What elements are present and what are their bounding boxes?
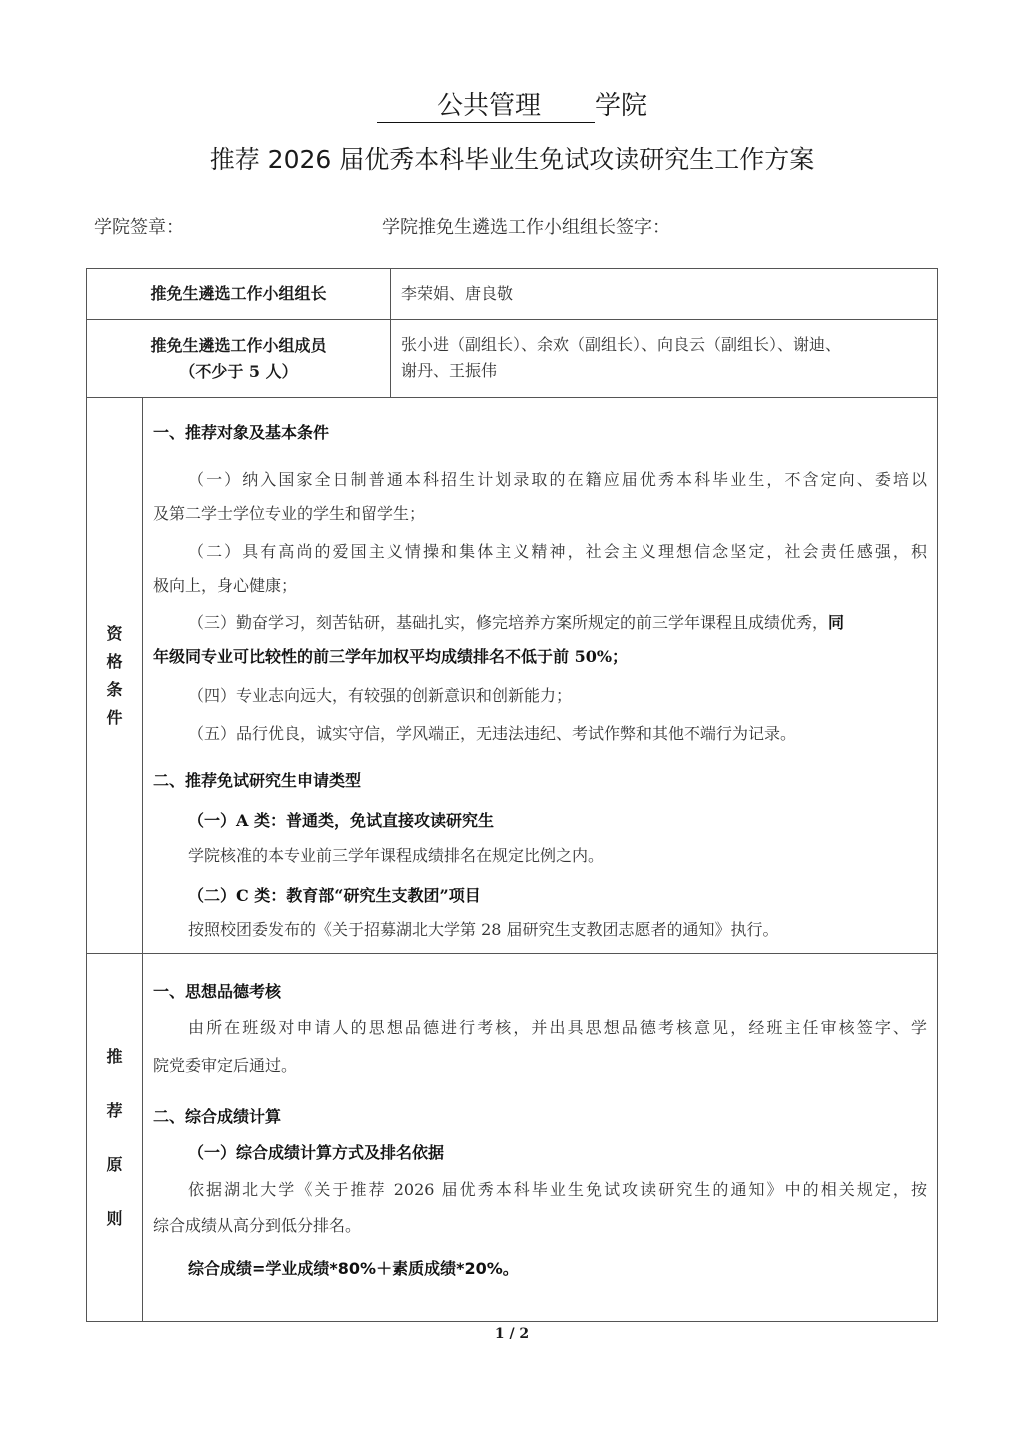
leader-value: 李荣娟、唐良敬 bbox=[391, 269, 937, 319]
members-value: 张小进（副组长）、余欢（副组长）、向良云（副组长）、谢迪、 谢丹、王振伟 bbox=[391, 320, 937, 397]
sub1-line2: 综合成绩从高分到低分排名。 bbox=[153, 1213, 927, 1239]
principles-side-label: 推 荐 原 则 bbox=[87, 954, 143, 1321]
college-suffix: 学院 bbox=[595, 91, 647, 121]
item3-line1: （三）勤奋学习，刻苦钻研，基础扎实，修完培养方案所规定的前三学年课程且成绩优秀，… bbox=[153, 610, 927, 636]
principles-content: 一、思想品德考核 由所在班级对申请人的思想品德进行考核，并出具思想品德考核意见，… bbox=[143, 954, 937, 1321]
college-name: 公共管理 bbox=[377, 90, 595, 123]
type-c-title: （二）C 类：教育部“研究生支教团”项目 bbox=[153, 883, 927, 909]
heading-eligibility: 一、推荐对象及基本条件 bbox=[153, 420, 927, 446]
type-a-title: （一）A 类：普通类，免试直接攻读研究生 bbox=[153, 808, 927, 834]
heading-moral-assessment: 一、思想品德考核 bbox=[153, 979, 927, 1005]
p1-line1: 由所在班级对申请人的思想品德进行考核，并出具思想品德考核意见，经班主任审核签字、… bbox=[153, 1015, 927, 1041]
sub1-line1: 依据湖北大学《关于推荐 2026 届优秀本科毕业生免试攻读研究生的通知》中的相关… bbox=[153, 1177, 927, 1203]
members-label: 推免生遴选工作小组成员 （不少于 5 人） bbox=[87, 320, 391, 397]
qualifications-side-label: 资 格 条 件 bbox=[87, 398, 143, 953]
item2-line2: 极向上，身心健康； bbox=[153, 573, 927, 599]
plan-table: 推免生遴选工作小组组长 李荣娟、唐良敬 推免生遴选工作小组成员 （不少于 5 人… bbox=[86, 268, 938, 1322]
members-row: 推免生遴选工作小组成员 （不少于 5 人） 张小进（副组长）、余欢（副组长）、向… bbox=[87, 320, 937, 398]
leader-label: 推免生遴选工作小组组长 bbox=[87, 269, 391, 319]
page-number: 1 / 2 bbox=[0, 1326, 1024, 1342]
item1-line2: 及第二学士学位专业的学生和留学生； bbox=[153, 501, 927, 527]
document-title: 推荐 2026 届优秀本科毕业生免试攻读研究生工作方案 bbox=[0, 142, 1024, 178]
leader-signature-label: 学院推免生遴选工作小组组长签字： bbox=[382, 214, 670, 242]
item2-line1: （二）具有高尚的爱国主义情操和集体主义精神，社会主义理想信念坚定，社会责任感强，… bbox=[153, 539, 927, 565]
item4: （四）专业志向远大，有较强的创新意识和创新能力； bbox=[153, 683, 927, 709]
type-c-desc: 按照校团委发布的《关于招募湖北大学第 28 届研究生支教团志愿者的通知》执行。 bbox=[153, 917, 927, 943]
item3-line2: 年级同专业可比较性的前三学年加权平均成绩排名不低于前 50%； bbox=[153, 644, 927, 670]
heading-application-types: 二、推荐免试研究生申请类型 bbox=[153, 768, 927, 794]
sub1-title: （一）综合成绩计算方式及排名依据 bbox=[153, 1140, 927, 1166]
qualifications-section: 资 格 条 件 一、推荐对象及基本条件 （一）纳入国家全日制普通本科招生计划录取… bbox=[87, 398, 937, 954]
college-title: 公共管理学院 bbox=[0, 88, 1024, 124]
leader-row: 推免生遴选工作小组组长 李荣娟、唐良敬 bbox=[87, 269, 937, 320]
type-a-desc: 学院核准的本专业前三学年课程成绩排名在规定比例之内。 bbox=[153, 843, 927, 869]
heading-score-calc: 二、综合成绩计算 bbox=[153, 1104, 927, 1130]
item1-line1: （一）纳入国家全日制普通本科招生计划录取的在籍应届优秀本科毕业生，不含定向、委培… bbox=[153, 467, 927, 493]
principles-section: 推 荐 原 则 一、思想品德考核 由所在班级对申请人的思想品德进行考核，并出具思… bbox=[87, 954, 937, 1321]
p1-line2: 院党委审定后通过。 bbox=[153, 1053, 927, 1079]
college-seal-label: 学院签章： bbox=[94, 214, 184, 242]
item5: （五）品行优良，诚实守信，学风端正，无违法违纪、考试作弊和其他不端行为记录。 bbox=[153, 721, 927, 747]
qualifications-content: 一、推荐对象及基本条件 （一）纳入国家全日制普通本科招生计划录取的在籍应届优秀本… bbox=[143, 398, 937, 953]
score-formula: 综合成绩=学业成绩*80%＋素质成绩*20%。 bbox=[153, 1256, 927, 1282]
